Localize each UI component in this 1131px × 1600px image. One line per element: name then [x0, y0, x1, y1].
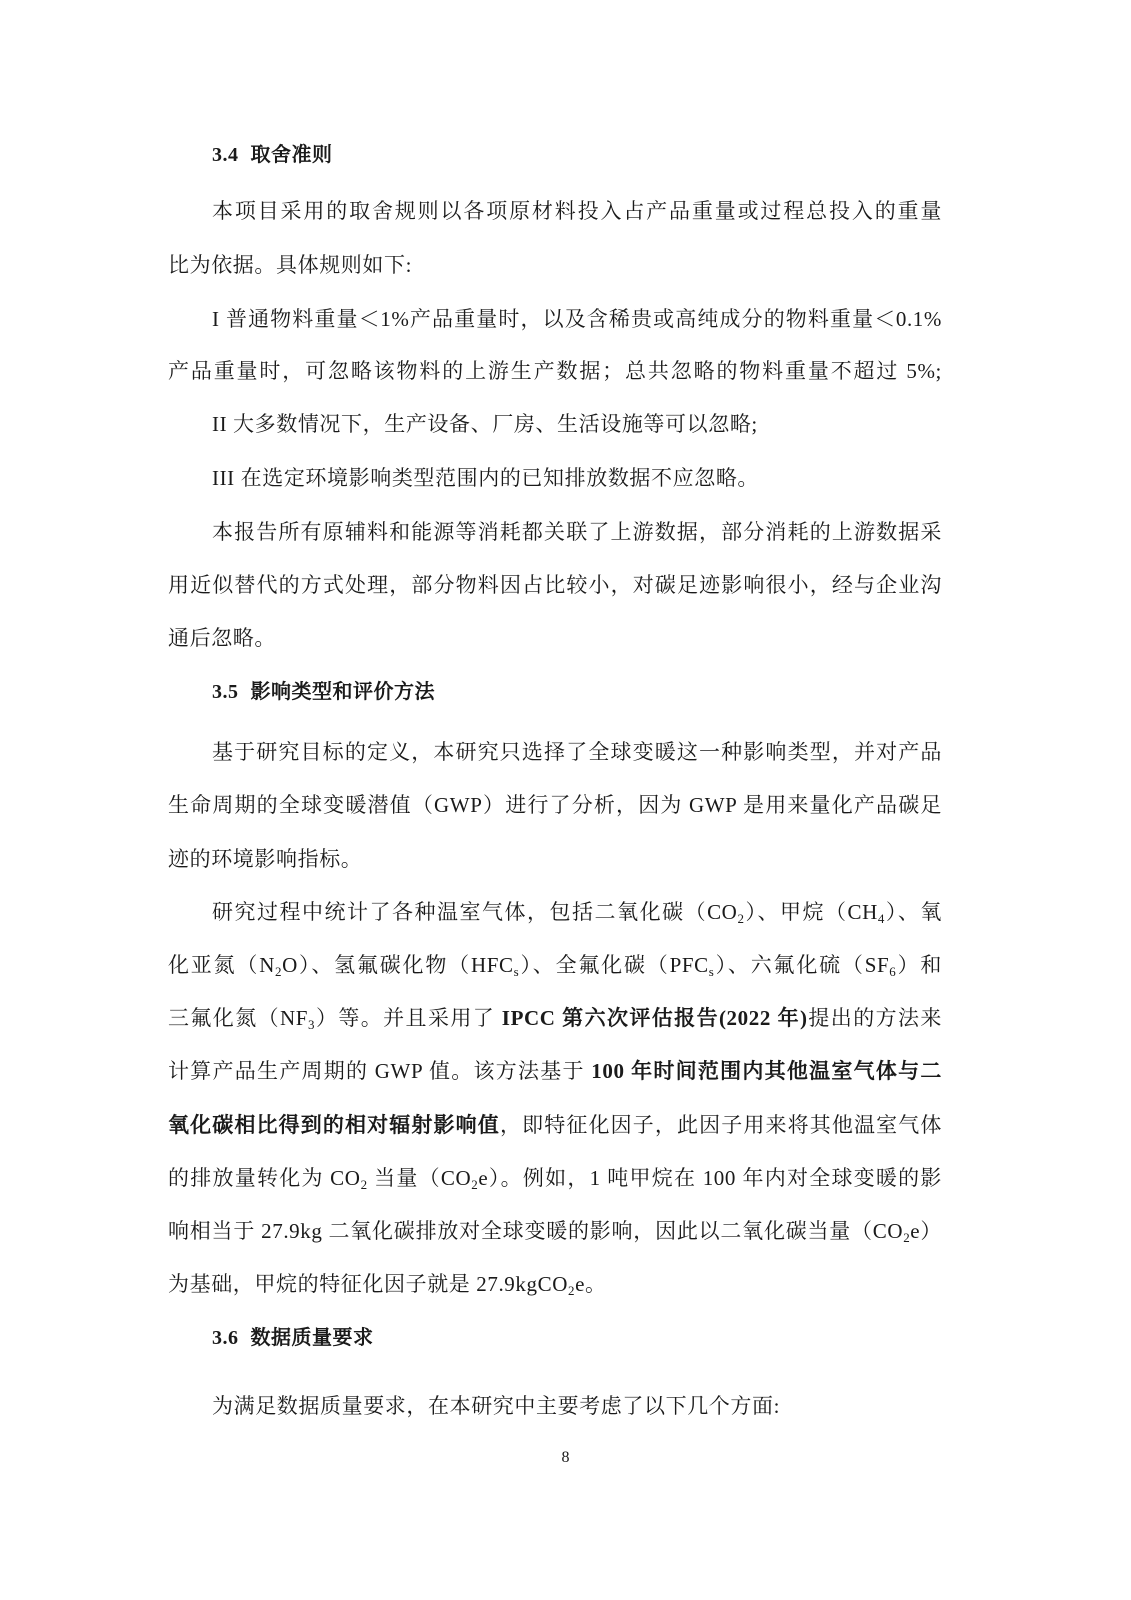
document-page: 3.4取舍准则 本项目采用的取舍规则以各项原材料投入占产品重量或过程总投入的重量…: [0, 0, 1131, 1600]
section-number: 3.6: [212, 1327, 239, 1349]
text-run: 当量（CO: [368, 1166, 472, 1190]
text-run: e）: [910, 1219, 942, 1243]
paragraph-line: 基于研究目标的定义，本研究只选择了全球变暖这一种影响类型，并对产品: [212, 738, 942, 766]
paragraph-line: 为基础，甲烷的特征化因子就是 27.9kgCO2e。: [168, 1270, 942, 1298]
text-run: 化亚氮（N: [168, 953, 275, 977]
text-run: 研究过程中统计了各种温室气体，包括二氧化碳（CO: [212, 900, 737, 924]
text-run: 计算产品生产周期的 GWP 值。该方法基于: [168, 1059, 591, 1083]
paragraph-line: 研究过程中统计了各种温室气体，包括二氧化碳（CO2）、甲烷（CH4）、氧: [212, 898, 942, 926]
section-heading-3-5: 3.5影响类型和评价方法: [212, 678, 435, 706]
paragraph-line: 用近似替代的方式处理，部分物料因占比较小，对碳足迹影响很小，经与企业沟: [168, 571, 942, 599]
rule-item-1-line: 产品重量时，可忽略该物料的上游生产数据；总共忽略的物料重量不超过 5%;: [168, 357, 942, 385]
paragraph-line: 的排放量转化为 CO2 当量（CO2e）。例如，1 吨甲烷在 100 年内对全球…: [168, 1164, 942, 1192]
subscript: 2: [361, 1177, 368, 1192]
bold-text-run: 100 年时间范围内其他温室气体与二: [591, 1059, 942, 1083]
bold-text-run: 氧化碳相比得到的相对辐射影响值: [168, 1113, 500, 1137]
paragraph-line: 比为依据。具体规则如下:: [168, 251, 942, 279]
section-title: 数据质量要求: [251, 1327, 374, 1349]
text-run: ）、甲烷（CH: [745, 900, 878, 924]
paragraph-line: 三氟化氮（NF3）等。并且采用了 IPCC 第六次评估报告(2022 年)提出的…: [168, 1004, 942, 1032]
section-number: 3.4: [212, 144, 239, 166]
paragraph-line: 本报告所有原辅料和能源等消耗都关联了上游数据，部分消耗的上游数据采: [212, 518, 942, 546]
page-number: 8: [0, 1448, 1131, 1468]
text-run: O）、氢氟碳化物（HFC: [282, 953, 514, 977]
rule-item-1-line: I 普通物料重量＜1%产品重量时，以及含稀贵或高纯成分的物料重量＜0.1%: [212, 305, 942, 333]
rule-item-2: II 大多数情况下，生产设备、厂房、生活设施等可以忽略;: [212, 410, 942, 438]
paragraph-line: 本项目采用的取舍规则以各项原材料投入占产品重量或过程总投入的重量: [212, 197, 942, 225]
text-run: 为基础，甲烷的特征化因子就是 27.9kgCO: [168, 1272, 568, 1296]
section-title: 取舍准则: [251, 144, 333, 166]
text-run: 响相当于 27.9kg 二氧化碳排放对全球变暖的影响，因此以二氧化碳当量（CO: [168, 1219, 903, 1243]
text-run: ）等。并且采用了: [315, 1006, 502, 1030]
paragraph-line: 迹的环境影响指标。: [168, 845, 942, 873]
paragraph-line: 响相当于 27.9kg 二氧化碳排放对全球变暖的影响，因此以二氧化碳当量（CO2…: [168, 1217, 942, 1245]
subscript: 2: [737, 911, 744, 926]
text-run: e。: [575, 1272, 607, 1296]
section-heading-3-4: 3.4取舍准则: [212, 141, 333, 169]
paragraph-line: 计算产品生产周期的 GWP 值。该方法基于 100 年时间范围内其他温室气体与二: [168, 1057, 942, 1085]
subscript: 4: [878, 911, 885, 926]
paragraph-line: 为满足数据质量要求，在本研究中主要考虑了以下几个方面:: [212, 1392, 942, 1420]
bold-text-run: IPCC 第六次评估报告(2022 年): [502, 1006, 808, 1030]
text-run: 提出的方法来: [808, 1006, 942, 1030]
section-heading-3-6: 3.6数据质量要求: [212, 1324, 374, 1352]
text-run: ）、全氟化碳（PFC: [519, 953, 708, 977]
text-run: 三氟化氮（NF: [168, 1006, 308, 1030]
subscript: 2: [275, 964, 282, 979]
text-run: ）、氧: [885, 900, 942, 924]
paragraph-line: 氧化碳相比得到的相对辐射影响值，即特征化因子，此因子用来将其他温室气体: [168, 1111, 942, 1139]
paragraph-line: 化亚氮（N2O）、氢氟碳化物（HFCs）、全氟化碳（PFCs）、六氟化硫（SF6…: [168, 951, 942, 979]
section-number: 3.5: [212, 681, 239, 703]
section-title: 影响类型和评价方法: [251, 681, 436, 703]
text-run: 的排放量转化为 CO: [168, 1166, 361, 1190]
paragraph-line: 生命周期的全球变暖潜值（GWP）进行了分析，因为 GWP 是用来量化产品碳足: [168, 791, 942, 819]
paragraph-line: 通后忽略。: [168, 624, 942, 652]
text-run: e）。例如，1 吨甲烷在 100 年内对全球变暖的影: [478, 1166, 942, 1190]
text-run: ）、六氟化硫（SF: [714, 953, 889, 977]
rule-item-3: III 在选定环境影响类型范围内的已知排放数据不应忽略。: [212, 464, 942, 492]
text-run: ，即特征化因子，此因子用来将其他温室气体: [500, 1113, 942, 1137]
text-run: ）和: [896, 953, 942, 977]
